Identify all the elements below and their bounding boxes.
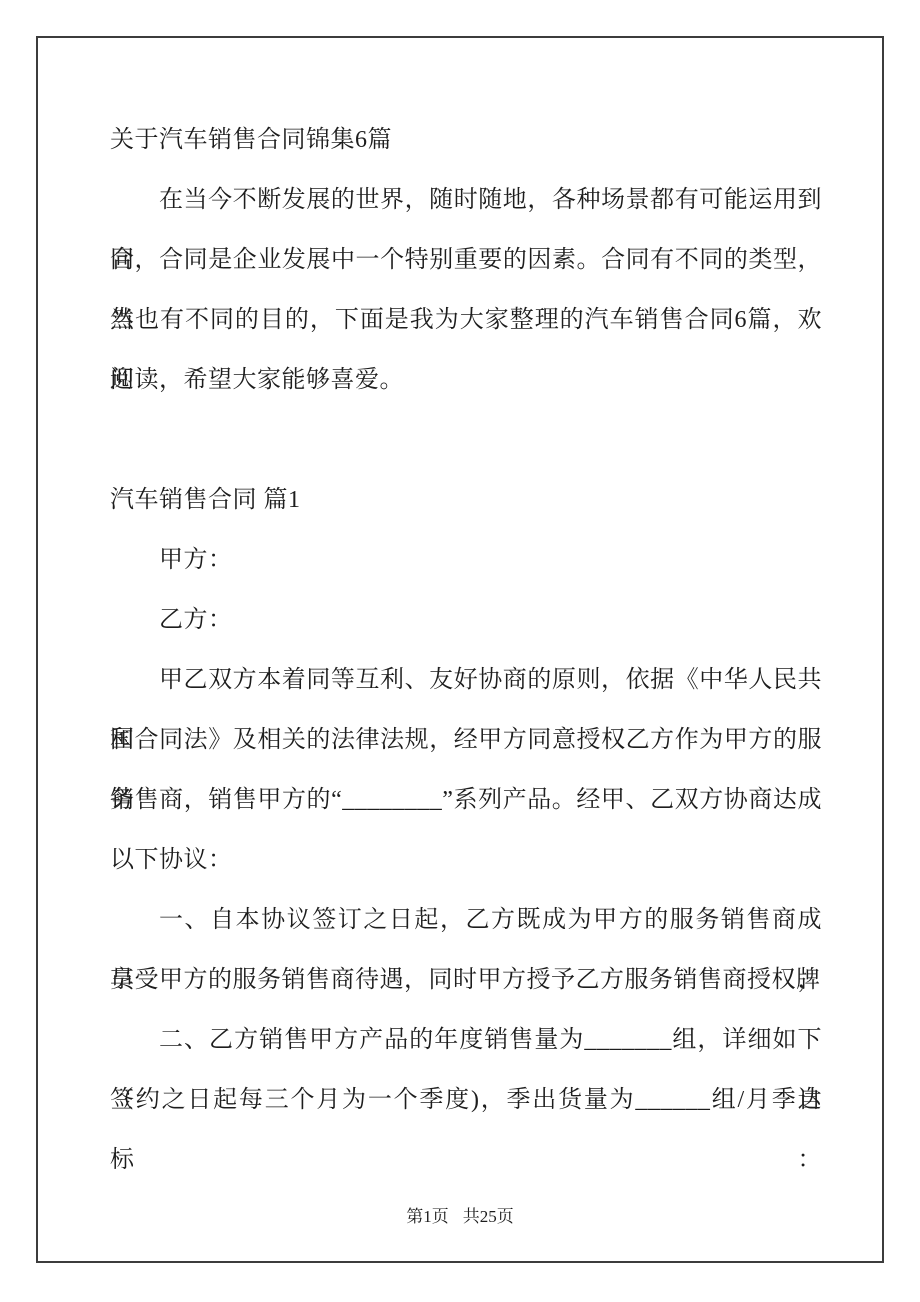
blank-line bbox=[110, 410, 822, 470]
text-line: 在当今不断发展的世界，随时随地，各种场景都有可能运用到合 bbox=[110, 170, 822, 230]
clause-two-line: 二、乙方销售甲方产品的年度销售量为_______组，详细如下（自 bbox=[110, 1010, 822, 1070]
text-line: 然也有不同的目的，下面是我为大家整理的汽车销售合同6篇，欢迎 bbox=[110, 290, 822, 350]
text-line: 销售商，销售甲方的“________”系列产品。经甲、乙双方协商达成 bbox=[110, 770, 822, 830]
party-b-line: 乙方： bbox=[110, 590, 822, 650]
page-count: 共25页 bbox=[463, 1207, 514, 1226]
text-line: 甲乙双方本着同等互利、友好协商的原则，依据《中华人民共和 bbox=[110, 650, 822, 710]
text-line: 阅读，希望大家能够喜爱。 bbox=[110, 350, 822, 410]
document-title: 关于汽车销售合同锦集6篇 bbox=[110, 110, 822, 170]
text-line: 以下协议： bbox=[110, 830, 822, 890]
text-line: 签约之日起每三个月为一个季度)，季出货量为______组/月季达标： bbox=[110, 1070, 822, 1130]
document-page: 关于汽车销售合同锦集6篇 在当今不断发展的世界，随时随地，各种场景都有可能运用到… bbox=[36, 36, 884, 1263]
text-line: 同，合同是企业发展中一个特别重要的因素。合同有不同的类型，当 bbox=[110, 230, 822, 290]
document-body: 关于汽车销售合同锦集6篇 在当今不断发展的世界，随时随地，各种场景都有可能运用到… bbox=[110, 110, 822, 1130]
party-a-line: 甲方： bbox=[110, 530, 822, 590]
clause-one-line: 一、自本协议签订之日起，乙方既成为甲方的服务销售商成员， bbox=[110, 890, 822, 950]
text-line: 国合同法》及相关的法律法规，经甲方同意授权乙方作为甲方的服务 bbox=[110, 710, 822, 770]
text-line: 享受甲方的服务销售商待遇，同时甲方授予乙方服务销售商授权牌 bbox=[110, 950, 822, 1010]
document-canvas: 关于汽车销售合同锦集6篇 在当今不断发展的世界，随时随地，各种场景都有可能运用到… bbox=[0, 0, 920, 1302]
section-heading: 汽车销售合同 篇1 bbox=[110, 470, 822, 530]
page-footer: 第1页共25页 bbox=[38, 1204, 882, 1230]
page-number: 第1页 bbox=[406, 1207, 449, 1226]
